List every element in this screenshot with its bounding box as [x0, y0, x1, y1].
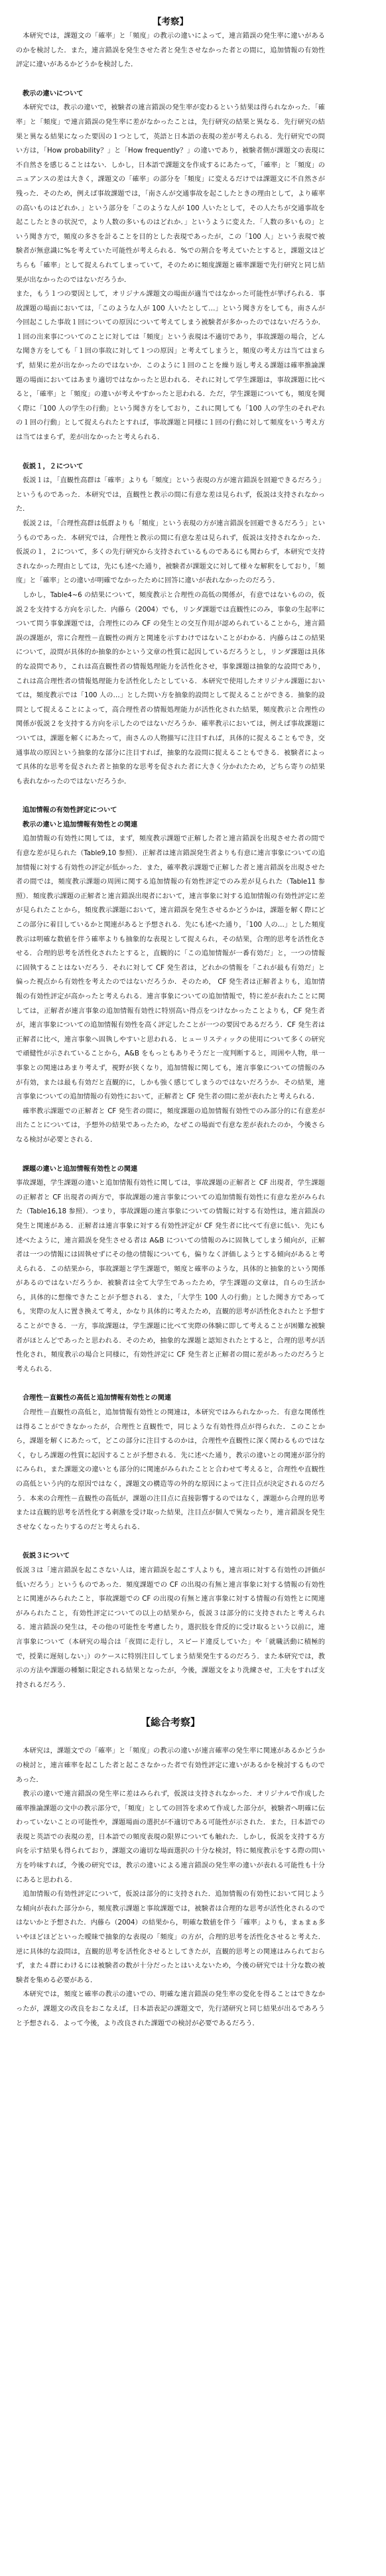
- general-discussion-title: 【総合考察】: [16, 1715, 325, 1729]
- paragraph: 仮説２は，「合理性高群は低群よりも「頻度」という表現の方が連言錯誤を回避できるだ…: [16, 517, 325, 588]
- document-body: 【考察】 本研究では，課題文の「確率」と「頻度」の教示の違いによって，連言錯誤の…: [0, 15, 386, 2031]
- summary-paragraph: 教示の違いで連言錯誤の発生率に差はみられず，仮説は支持されなかった．オリジナルで…: [16, 1787, 325, 1887]
- section-heading: 課題の違いと追加情報有効性との関連: [16, 1162, 325, 1177]
- section-heading: 追加情報の有効性評定について: [16, 803, 325, 818]
- section-task-difference: 課題の違いと追加情報有効性との関連 事故課題，学生課題の違いと追加情報有効性に関…: [16, 1162, 325, 1377]
- summary-paragraph: 本研究では，頻度と確率の教示の違いでの、明確な連言錯誤の発生率の変化を得ることは…: [16, 1988, 325, 2031]
- section-heading: 仮説３について: [16, 1549, 325, 1564]
- paragraph: また，もう１つの要因として，オリジナル課題文の場面が適当ではなかった可能性が挙げ…: [16, 287, 325, 445]
- paragraph: 本研究では，教示の違いで，被験者の連言錯誤の発生率が変わるという結果は得られなか…: [16, 101, 325, 287]
- paragraph: 確率教示課題での正解者と CF 発生者の間に，頻度課題の追加情報有効性でのみ部分…: [16, 1105, 325, 1148]
- paragraph: 仮説１は，「直観性高群は「確率」よりも「頻度」という表現の方が連言錯誤を回避でき…: [16, 474, 325, 517]
- paragraph: 合理性－直観性の高低と，追加情報有効性との関連は，本研究ではみられなかった．有意…: [16, 1406, 325, 1534]
- summary-paragraph: 本研究は，課題文での「確率」と「頻度」の教示の違いが連言確率の発生率に関連がある…: [16, 1744, 325, 1787]
- section-additional-info-validity: 追加情報の有効性評定について 教示の違いと追加情報有効性との関連 追加情報の有効…: [16, 803, 325, 1147]
- document-page: 【考察】 本研究では，課題文の「確率」と「頻度」の教示の違いによって，連言錯誤の…: [0, 0, 386, 2070]
- paragraph: 追加情報の有効性に関しては，まず，頻度教示課題で正解した者と連言錯誤を出現させた…: [16, 832, 325, 1104]
- section-hypothesis-1-2: 仮説１，２について 仮説１は，「直観性高群は「確率」よりも「頻度」という表現の方…: [16, 460, 325, 789]
- paragraph: しかし，Table4~6 の結果について，頻度教示と合理性の高低の関係が，有意で…: [16, 588, 325, 789]
- section-subheading: 教示の違いと追加情報有効性との関連: [16, 818, 325, 833]
- summary-paragraph: 追加情報の有効性評定について，仮説は部分的に支持された．追加情報の有効性において…: [16, 1887, 325, 1988]
- section-heading: 教示の違いについて: [16, 87, 325, 102]
- section-heading: 合理性－直観性の高低と追加情報有効性との関連: [16, 1391, 325, 1406]
- section-rationality-intuition: 合理性－直観性の高低と追加情報有効性との関連 合理性－直観性の高低と，追加情報有…: [16, 1391, 325, 1534]
- section-instruction-difference: 教示の違いについて 本研究では，教示の違いで，被験者の連言錯誤の発生率が変わると…: [16, 87, 325, 445]
- paragraph: 事故課題，学生課題の違いと追加情報有効性に関しては，事故課題の正解者と CF 出…: [16, 1176, 325, 1377]
- paragraph: 仮説３は「連言錯誤を起こさない人は，連言錯誤を起こす人よりも，連言項に対する有効…: [16, 1564, 325, 1692]
- section-hypothesis-3: 仮説３について 仮説３は「連言錯誤を起こさない人は，連言錯誤を起こす人よりも，連…: [16, 1549, 325, 1692]
- discussion-title: 【考察】: [16, 15, 325, 29]
- section-heading: 仮説１，２について: [16, 460, 325, 474]
- intro-paragraph: 本研究では，課題文の「確率」と「頻度」の教示の違いによって，連言錯誤の発生率に違…: [16, 29, 325, 72]
